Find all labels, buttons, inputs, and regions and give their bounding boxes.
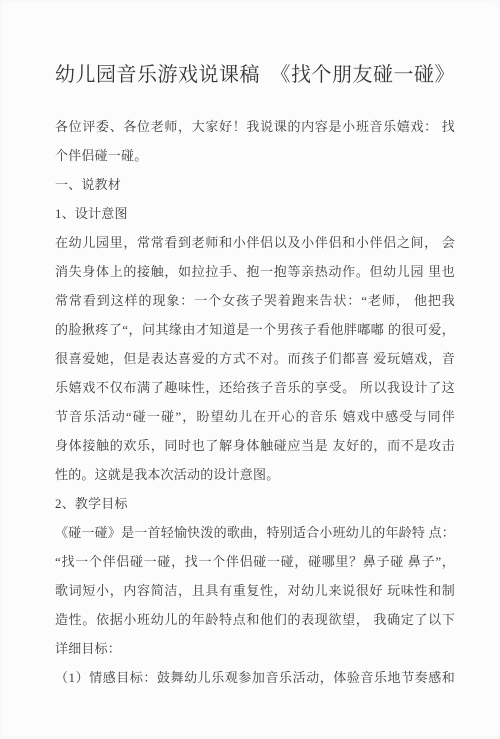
- document-line: 的脸揪疼了“，问其缘由才知道是一个男孩子看他胖嘟嘟 的很可爱，: [55, 315, 455, 344]
- document-body: 各位评委、各位老师，大家好！我说课的内容是小班音乐嬉戏： 找个伴侣碰一碰。一、说…: [55, 112, 455, 692]
- document-line: 个伴侣碰一碰。: [55, 141, 455, 170]
- document-line: “找一个伴侣碰一碰，找一个伴侣碰一碰，碰哪里？鼻子碰 鼻子”，: [55, 547, 455, 576]
- document-line: 节音乐活动“碰一碰”，盼望幼儿在开心的音乐 嬉戏中感受与同伴: [55, 402, 455, 431]
- document-line: 身体接触的欢乐，同时也了解身体触碰应当是 友好的，而不是攻击: [55, 431, 455, 460]
- document-line: 1、设计意图: [55, 199, 455, 228]
- document-page: 幼儿园音乐游戏说课稿 《找个朋友碰一碰》 各位评委、各位老师，大家好！我说课的内…: [0, 0, 500, 739]
- document-line: 乐嬉戏不仅布满了趣味性，还给孩子音乐的享受。 所以我设计了这: [55, 373, 455, 402]
- document-line: 《碰一碰》是一首轻愉快泼的歌曲，特别适合小班幼儿的年龄特 点：: [55, 518, 455, 547]
- document-line: 性的。这就是我本次活动的设计意图。: [55, 460, 455, 489]
- document-line: 2、教学目标: [55, 489, 455, 518]
- document-line: 常常看到这样的现象：一个女孩子哭着跑来告状：“老师， 他把我: [55, 286, 455, 315]
- document-line: （1）情感目标：鼓舞幼儿乐观参加音乐活动，体验音乐地节奏感和: [55, 663, 455, 692]
- document-line: 各位评委、各位老师，大家好！我说课的内容是小班音乐嬉戏： 找: [55, 112, 455, 141]
- document-line: 造性。依据小班幼儿的年龄特点和他们的表现欲望， 我确定了以下: [55, 605, 455, 634]
- document-line: 很喜爱她，但是表达喜爱的方式不对。而孩子们都喜 爱玩嬉戏，音: [55, 344, 455, 373]
- document-line: 歌词短小，内容简洁，且具有重复性，对幼儿来说很好 玩味性和制: [55, 576, 455, 605]
- document-line: 一、说教材: [55, 170, 455, 199]
- document-title: 幼儿园音乐游戏说课稿 《找个朋友碰一碰》: [55, 59, 455, 91]
- document-line: 详细目标：: [55, 634, 455, 663]
- document-content: 幼儿园音乐游戏说课稿 《找个朋友碰一碰》 各位评委、各位老师，大家好！我说课的内…: [55, 59, 455, 692]
- document-line: 在幼儿园里，常常看到老师和小伴侣以及小伴侣和小伴侣之间， 会: [55, 228, 455, 257]
- document-line: 消失身体上的接触，如拉拉手、抱一抱等亲热动作。但幼儿园 里也: [55, 257, 455, 286]
